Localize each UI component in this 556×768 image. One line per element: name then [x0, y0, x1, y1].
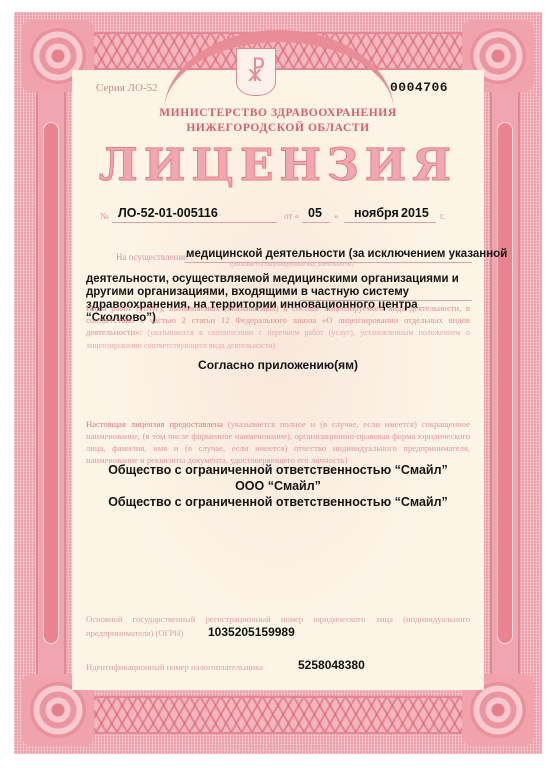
holder-full-name: Общество с ограниченной ответственностью…: [0, 462, 556, 478]
date-separator: »: [334, 211, 339, 221]
works-value: Согласно приложению(ям): [0, 358, 556, 372]
date-suffix: г.: [440, 211, 445, 221]
activity-value: медицинской деятельности (за исключением…: [186, 248, 507, 260]
date-month: ноября: [354, 206, 399, 220]
bottom-ornament-band: [74, 696, 482, 734]
coat-of-arms-icon: ☧: [236, 48, 276, 96]
inn-label: Идентификационный номер налогоплательщик…: [86, 662, 263, 672]
document-title: ЛИЦЕНЗИЯ: [0, 140, 556, 191]
holder-section: Настоящая лицензия предоставлена (указыв…: [86, 418, 470, 466]
activity-label: На осуществление: [116, 252, 187, 262]
license-number: ЛО-52-01-005116: [118, 206, 218, 220]
date-year: 2015: [401, 206, 429, 220]
license-number-line: № ЛО-52-01-005116 от « 05 » ноября 2015 …: [100, 206, 440, 222]
activity-hint: (указывается лицензируемый вид деятельно…: [230, 262, 353, 268]
inn-value: 5258048380: [298, 658, 365, 672]
issuer-name: МИНИСТЕРСТВО ЗДРАВООХРАНЕНИЯ НИЖЕГОРОДСК…: [0, 106, 556, 136]
date-label: от «: [284, 211, 299, 221]
printer-imprint: ООО «Знак», г. Москва, 2015, уровень «Б»…: [0, 744, 556, 750]
holder-short-name: ООО “Смайл”: [0, 478, 556, 494]
ogrn-value: 1035205159989: [208, 625, 295, 639]
series-label: Серия ЛО-52: [96, 82, 158, 94]
works-hint: (указываются в соответствии с перечнем р…: [86, 328, 470, 350]
holder-names: Общество с ограниченной ответственностью…: [0, 462, 556, 510]
holder-brand-name: Общество с ограниченной ответственностью…: [0, 494, 556, 510]
holder-label: Настоящая лицензия предоставлена: [86, 419, 223, 429]
works-section: Виды работ (услуг), выполняемых (оказыва…: [86, 302, 470, 352]
date-day: 05: [308, 206, 322, 220]
number-label: №: [100, 211, 109, 221]
serial-number: 0004706: [390, 80, 448, 95]
